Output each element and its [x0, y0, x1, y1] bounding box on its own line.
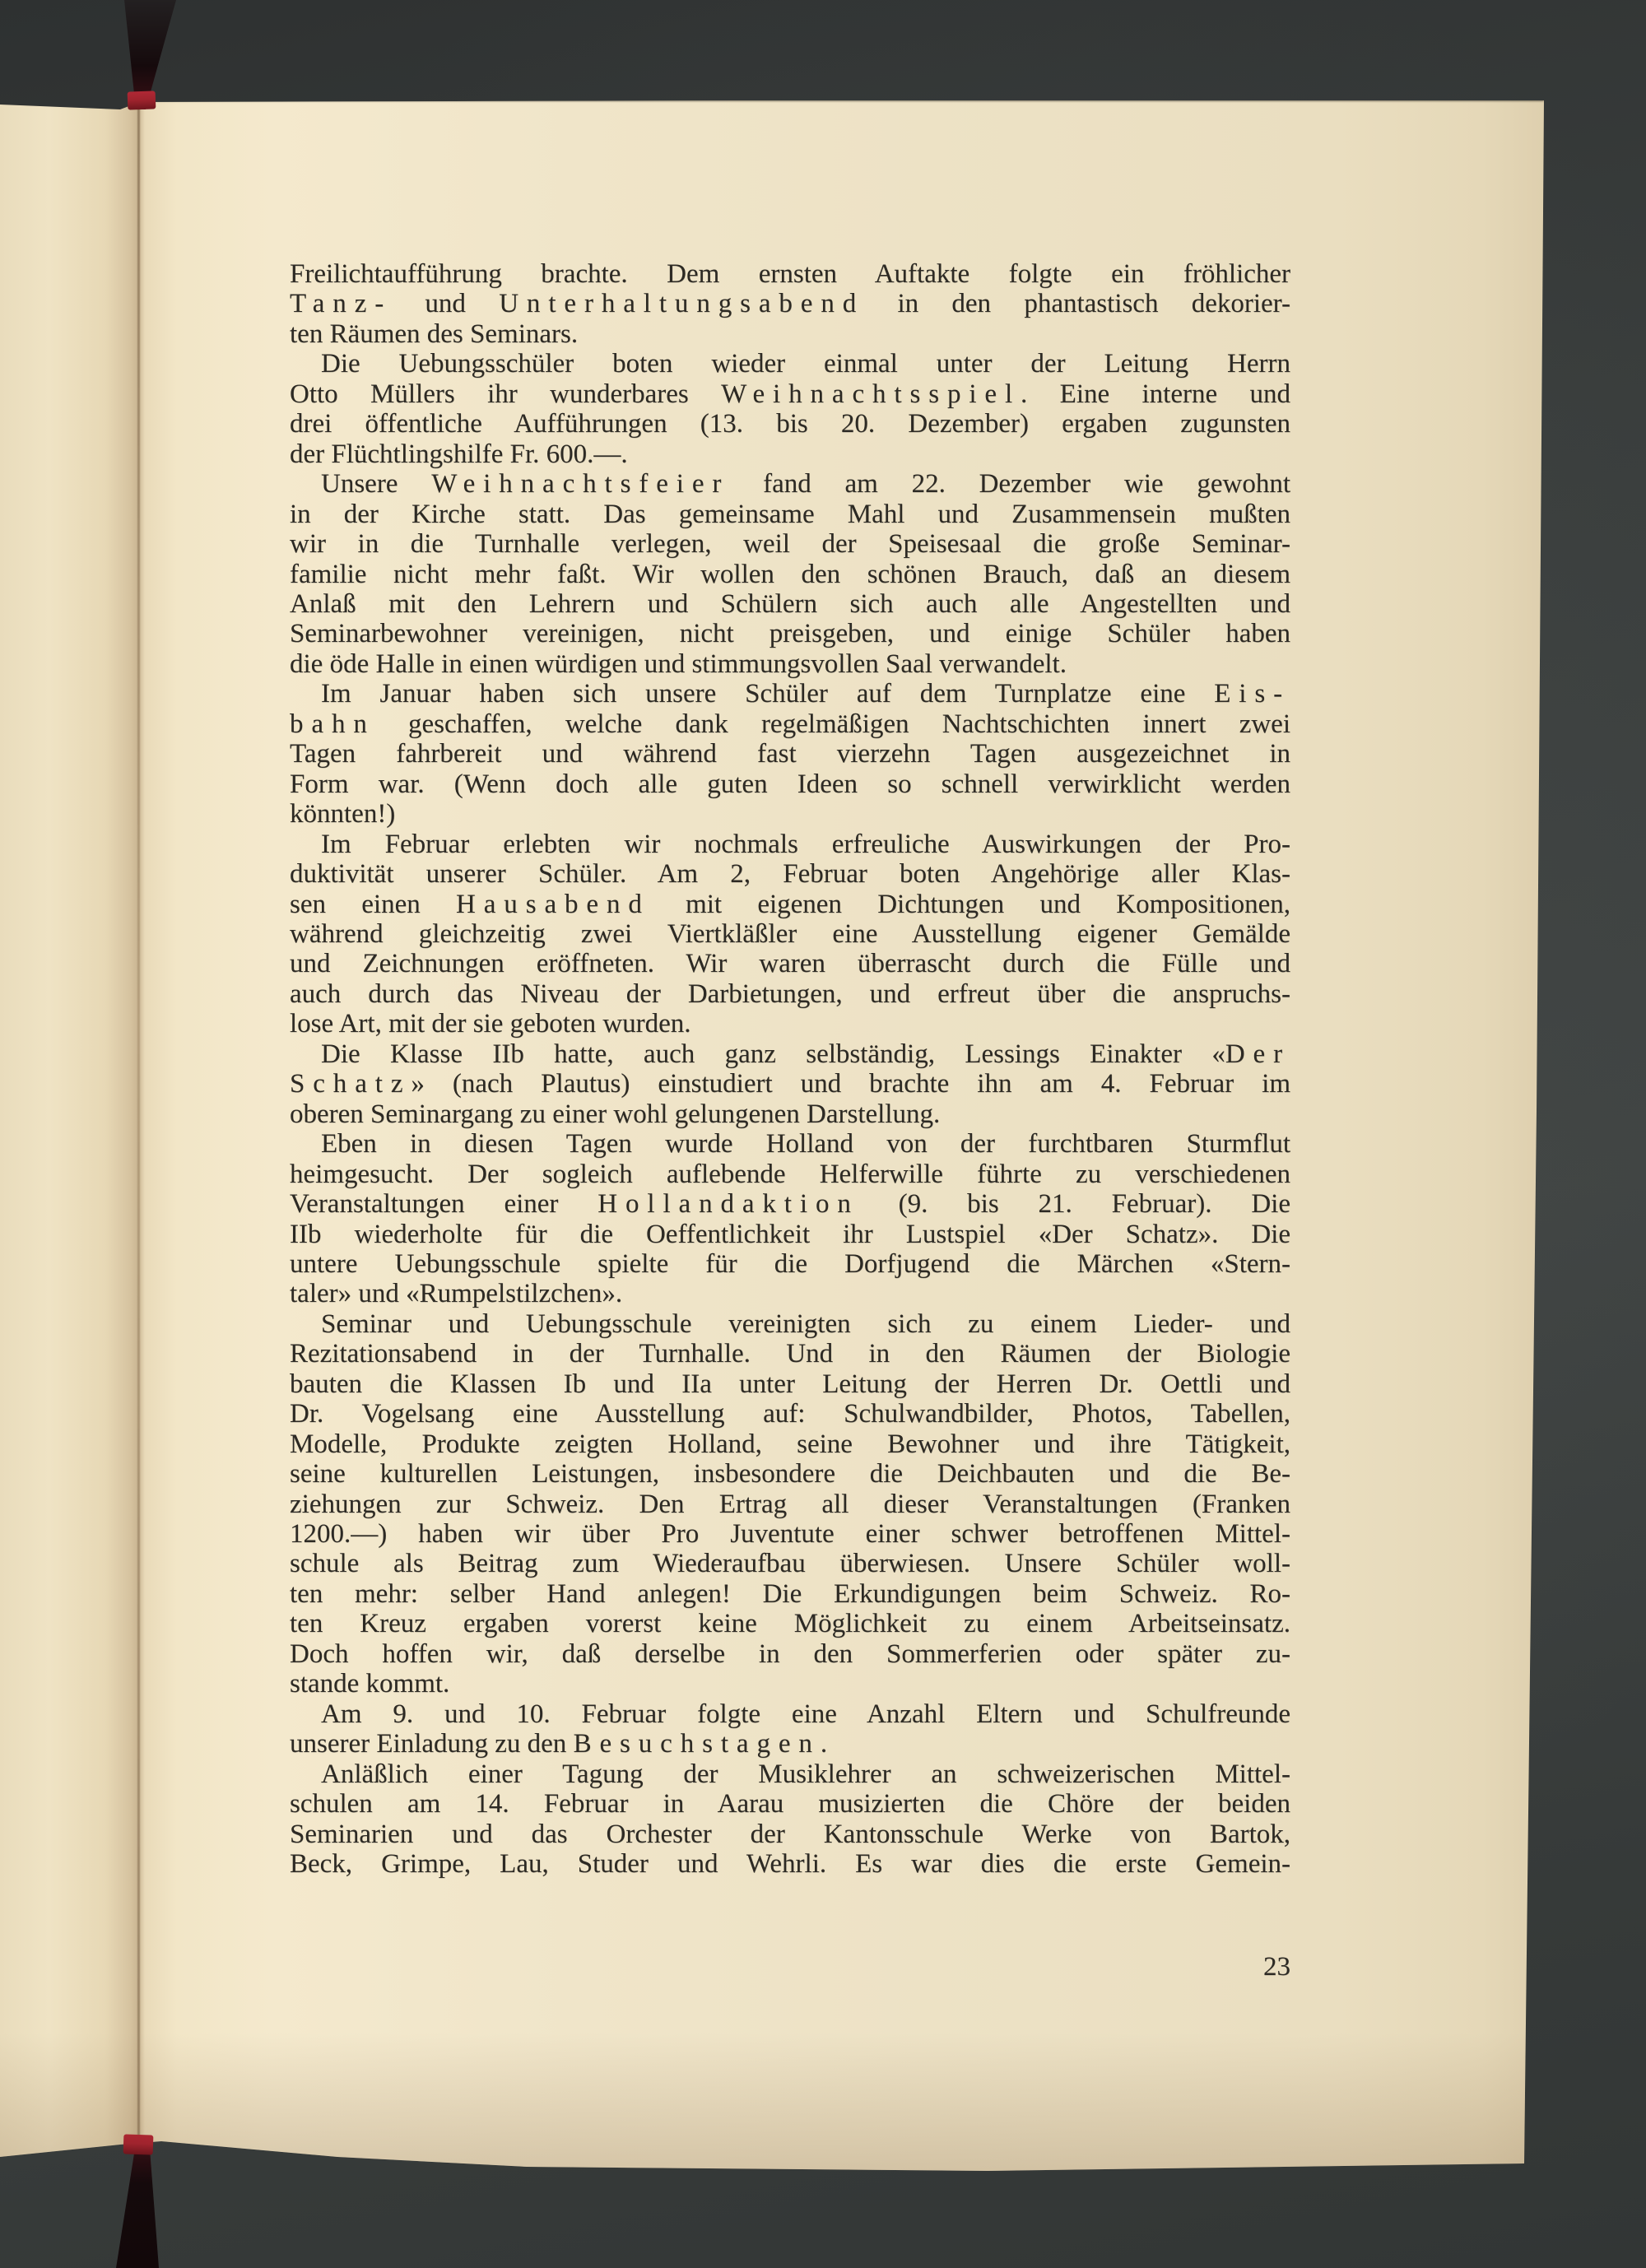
book-page: Freilichtaufführung brachte. Dem ernsten…: [0, 0, 1646, 2268]
page-text: Freilichtaufführung brachte. Dem ernsten…: [290, 259, 1290, 1879]
paragraph: Freilichtaufführung brachte. Dem ernsten…: [290, 259, 1290, 349]
text-line: Seminarbewohner vereinigen, nicht preisg…: [290, 619, 1290, 648]
text-line: Unsere Weihnachtsfeier fand am 22. Dezem…: [290, 469, 1290, 499]
text-line: Seminarien und das Orchester der Kantons…: [290, 1820, 1290, 1849]
text-line: Anläßlich einer Tagung der Musiklehrer a…: [290, 1759, 1290, 1789]
text-line: Die Klasse IIb hatte, auch ganz selbstän…: [290, 1039, 1290, 1069]
letterspaced-text: bahn: [290, 709, 375, 739]
text-line: Doch hoffen wir, daß derselbe in den Som…: [290, 1639, 1290, 1669]
text-line: Eben in diesen Tagen wurde Holland von d…: [290, 1129, 1290, 1159]
text-line: Seminar und Uebungsschule vereinigten si…: [290, 1309, 1290, 1339]
text-line: auch durch das Niveau der Darbietungen, …: [290, 979, 1290, 1009]
letterspaced-text: Schatz: [290, 1069, 411, 1099]
text-line: ziehungen zur Schweiz. Den Ertrag all di…: [290, 1490, 1290, 1519]
letterspaced-text: Weihnachtsspiel: [721, 379, 1021, 409]
text-line: heimgesucht. Der sogleich auflebende Hel…: [290, 1160, 1290, 1189]
book-photo: Freilichtaufführung brachte. Dem ernsten…: [0, 0, 1646, 2268]
letterspaced-text: Besuchstagen: [574, 1729, 821, 1759]
text-line: Dr. Vogelsang eine Ausstellung auf: Schu…: [290, 1399, 1290, 1429]
letterspaced-text: Hollandaktion: [597, 1189, 859, 1219]
text-line: ten Räumen des Seminars.: [290, 319, 1290, 349]
letterspaced-text: Der: [1225, 1039, 1290, 1069]
text-line: duktivität unserer Schüler. Am 2, Februa…: [290, 859, 1290, 889]
text-line: Anlaß mit den Lehrern und Schülern sich …: [290, 589, 1290, 619]
letterspaced-text: Hausabend: [456, 890, 650, 919]
text-line: die öde Halle in einen würdigen und stim…: [290, 649, 1290, 679]
text-line: Im Januar haben sich unsere Schüler auf …: [290, 679, 1290, 709]
paragraph: Unsere Weihnachtsfeier fand am 22. Dezem…: [290, 469, 1290, 679]
text-line: der Flüchtlingshilfe Fr. 600.—.: [290, 439, 1290, 469]
paragraph: Im Januar haben sich unsere Schüler auf …: [290, 679, 1290, 829]
text-line: Freilichtaufführung brachte. Dem ernsten…: [290, 259, 1290, 289]
text-line: ten Kreuz ergaben vorerst keine Möglichk…: [290, 1609, 1290, 1638]
text-line: stande kommt.: [290, 1669, 1290, 1699]
text-line: Veranstaltungen einer Hollandaktion (9. …: [290, 1189, 1290, 1219]
text-line: schulen am 14. Februar in Aarau musizier…: [290, 1789, 1290, 1819]
paragraph: Eben in diesen Tagen wurde Holland von d…: [290, 1129, 1290, 1309]
paragraph: Am 9. und 10. Februar folgte eine Anzahl…: [290, 1699, 1290, 1759]
text-line: sen einen Hausabend mit eigenen Dichtung…: [290, 890, 1290, 919]
paragraph: Anläßlich einer Tagung der Musiklehrer a…: [290, 1759, 1290, 1880]
text-line: Rezitationsabend in der Turnhalle. Und i…: [290, 1339, 1290, 1369]
text-line: während gleichzeitig zwei Viertkläßler e…: [290, 919, 1290, 949]
text-line: in der Kirche statt. Das gemeinsame Mahl…: [290, 500, 1290, 529]
text-line: unserer Einladung zu den Besuchstagen.: [290, 1729, 1290, 1759]
headband-bottom: [123, 2134, 154, 2154]
text-line: Otto Müllers ihr wunderbares Weihnachtss…: [290, 379, 1290, 409]
letterspaced-text: Weihnachtsfeier: [431, 469, 729, 499]
text-line: drei öffentliche Aufführungen (13. bis 2…: [290, 409, 1290, 439]
gutter-crease-line: [137, 103, 140, 2144]
text-line: 1200.—) haben wir über Pro Juventute ein…: [290, 1519, 1290, 1549]
text-line: bauten die Klassen Ib und IIa unter Leit…: [290, 1369, 1290, 1399]
headband-top: [128, 91, 156, 109]
text-line: Schatz» (nach Plautus) einstudiert und b…: [290, 1069, 1290, 1099]
letterspaced-text: Unterhaltungsabend: [499, 289, 864, 318]
text-line: und Zeichnungen eröffneten. Wir waren üb…: [290, 949, 1290, 978]
text-line: wir in die Turnhalle verlegen, weil der …: [290, 529, 1290, 559]
text-line: schule als Beitrag zum Wiederaufbau über…: [290, 1549, 1290, 1578]
text-line: Am 9. und 10. Februar folgte eine Anzahl…: [290, 1699, 1290, 1729]
paragraph: Die Uebungsschüler boten wieder einmal u…: [290, 349, 1290, 469]
text-line: untere Uebungsschule spielte für die Dor…: [290, 1249, 1290, 1279]
text-line: taler» und «Rumpelstilzchen».: [290, 1279, 1290, 1308]
letterspaced-text: Tanz-: [290, 289, 392, 318]
text-line: Beck, Grimpe, Lau, Studer und Wehrli. Es…: [290, 1849, 1290, 1879]
text-line: Im Februar erlebten wir nochmals erfreul…: [290, 830, 1290, 859]
text-line: Form war. (Wenn doch alle guten Ideen so…: [290, 769, 1290, 799]
text-line: könnten!): [290, 799, 1290, 829]
text-line: ten mehr: selber Hand anlegen! Die Erkun…: [290, 1579, 1290, 1609]
paragraph: Im Februar erlebten wir nochmals erfreul…: [290, 830, 1290, 1039]
text-line: lose Art, mit der sie geboten wurden.: [290, 1009, 1290, 1039]
paragraph: Die Klasse IIb hatte, auch ganz selbstän…: [290, 1039, 1290, 1129]
letterspaced-text: Eis-: [1214, 679, 1290, 709]
text-line: Tagen fahrbereit und während fast vierze…: [290, 739, 1290, 769]
text-line: familie nicht mehr faßt. Wir wollen den …: [290, 560, 1290, 589]
text-line: Modelle, Produkte zeigten Holland, seine…: [290, 1429, 1290, 1459]
text-line: IIb wiederholte für die Oeffentlichkeit …: [290, 1220, 1290, 1249]
text-line: bahn geschaffen, welche dank regelmäßige…: [290, 709, 1290, 739]
text-line: oberen Seminargang zu einer wohl gelunge…: [290, 1099, 1290, 1129]
text-line: seine kulturellen Leistungen, insbesonde…: [290, 1459, 1290, 1489]
paragraph: Seminar und Uebungsschule vereinigten si…: [290, 1309, 1290, 1699]
text-line: Die Uebungsschüler boten wieder einmal u…: [290, 349, 1290, 379]
page-number: 23: [290, 1952, 1290, 1982]
text-line: Tanz- und Unterhaltungsabend in den phan…: [290, 289, 1290, 318]
